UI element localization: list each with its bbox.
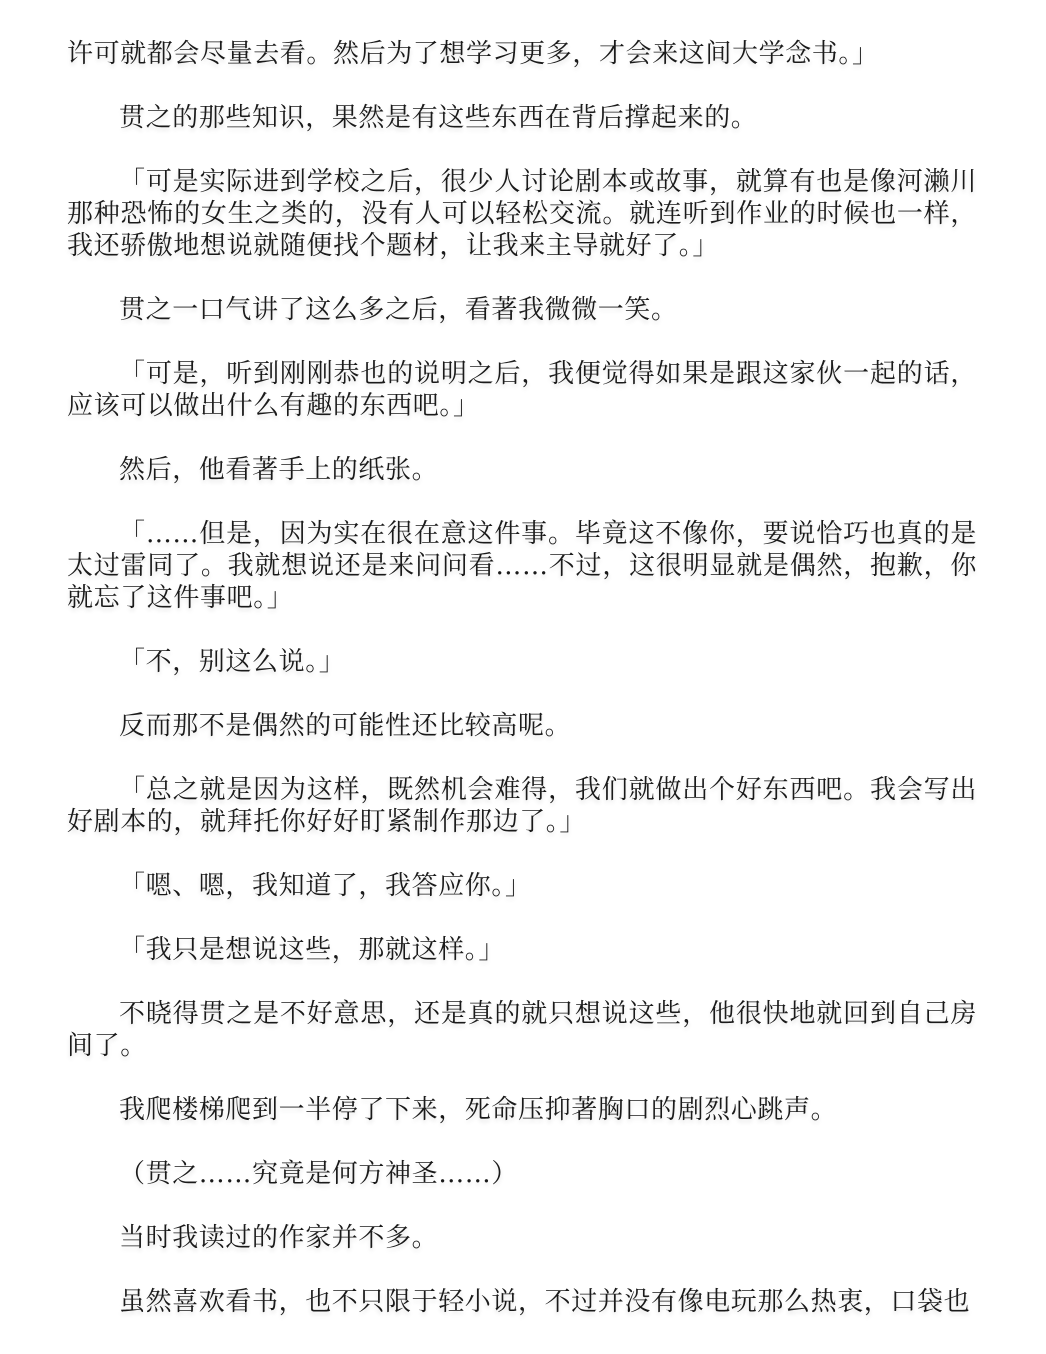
paragraph: （贯之……究竟是何方神圣……） — [67, 1158, 977, 1190]
paragraph: 「总之就是因为这样，既然机会难得，我们就做出个好东西吧。我会写出好剧本的，就拜托… — [67, 774, 977, 838]
paragraph: 我爬楼梯爬到一半停了下来，死命压抑著胸口的剧烈心跳声。 — [67, 1094, 977, 1126]
paragraph: 「不，别这么说。」 — [67, 646, 977, 678]
paragraph: 「可是实际进到学校之后，很少人讨论剧本或故事，就算有也是像河濑川那种恐怖的女生之… — [67, 166, 977, 262]
paragraph: 「……但是，因为实在很在意这件事。毕竟这不像你，要说恰巧也真的是太过雷同了。我就… — [67, 518, 977, 614]
paragraph: 贯之一口气讲了这么多之后，看著我微微一笑。 — [67, 294, 977, 326]
paragraph: 「我只是想说这些，那就这样。」 — [67, 934, 977, 966]
paragraph: 「可是，听到刚刚恭也的说明之后，我便觉得如果是跟这家伙一起的话，应该可以做出什么… — [67, 358, 977, 422]
paragraph: 不晓得贯之是不好意思，还是真的就只想说这些，他很快地就回到自己房间了。 — [67, 998, 977, 1062]
paragraph: 许可就都会尽量去看。然后为了想学习更多，才会来这间大学念书。」 — [67, 38, 977, 70]
paragraph: 当时我读过的作家并不多。 — [67, 1222, 977, 1254]
paragraph: 然后，他看著手上的纸张。 — [67, 454, 977, 486]
paragraph: 虽然喜欢看书，也不只限于轻小说，不过并没有像电玩那么热衷，口袋也 — [67, 1286, 977, 1318]
document-page: 许可就都会尽量去看。然后为了想学习更多，才会来这间大学念书。」 贯之的那些知识，… — [67, 38, 977, 1350]
paragraph: 「嗯、嗯，我知道了，我答应你。」 — [67, 870, 977, 902]
paragraph: 贯之的那些知识，果然是有这些东西在背后撑起来的。 — [67, 102, 977, 134]
paragraph: 反而那不是偶然的可能性还比较高呢。 — [67, 710, 977, 742]
